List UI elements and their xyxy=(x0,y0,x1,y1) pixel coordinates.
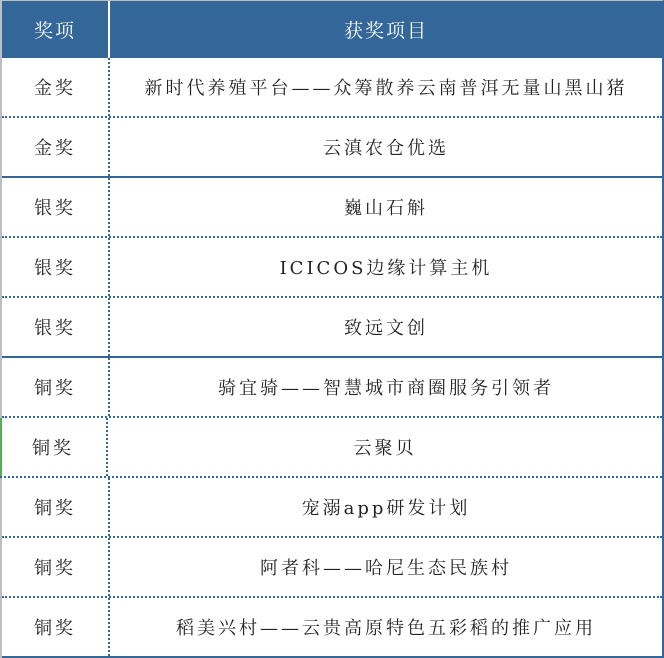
award-cell: 金奖 xyxy=(2,118,110,176)
table-row: 铜奖 宠溺app研发计划 xyxy=(2,478,662,538)
table-row: 金奖 新时代养殖平台——众筹散养云南普洱无量山黑山猪 xyxy=(2,58,662,118)
project-cell: 宠溺app研发计划 xyxy=(110,478,662,536)
table-row: 银奖 ICICOS边缘计算主机 xyxy=(2,238,662,298)
award-cell: 铜奖 xyxy=(2,358,110,416)
table-row: 银奖 致远文创 xyxy=(2,298,662,358)
project-cell: 致远文创 xyxy=(110,298,662,356)
project-cell: 稻美兴村——云贵高原特色五彩稻的推广应用 xyxy=(110,598,662,656)
award-cell: 铜奖 xyxy=(2,478,110,536)
project-cell: 巍山石斛 xyxy=(110,178,662,236)
table-row: 铜奖 稻美兴村——云贵高原特色五彩稻的推广应用 xyxy=(2,598,662,658)
award-cell: 金奖 xyxy=(2,58,110,116)
table-header-row: 奖项 获奖项目 xyxy=(2,1,662,58)
project-cell: 云聚贝 xyxy=(108,418,662,476)
project-cell: 骑宜骑——智慧城市商圈服务引领者 xyxy=(110,358,662,416)
award-cell: 银奖 xyxy=(2,178,110,236)
table-row: 铜奖 骑宜骑——智慧城市商圈服务引领者 xyxy=(2,358,662,418)
table-row: 金奖 云滇农仓优选 xyxy=(2,118,662,178)
project-cell: 新时代养殖平台——众筹散养云南普洱无量山黑山猪 xyxy=(110,58,662,116)
award-cell: 铜奖 xyxy=(2,598,110,656)
table-row-selected[interactable]: 铜奖 云聚贝 xyxy=(0,418,662,478)
award-table: 奖项 获奖项目 金奖 新时代养殖平台——众筹散养云南普洱无量山黑山猪 金奖 云滇… xyxy=(0,0,664,658)
award-cell: 银奖 xyxy=(2,238,110,296)
header-project: 获奖项目 xyxy=(110,1,662,58)
award-cell: 铜奖 xyxy=(2,538,110,596)
project-cell: 阿者科——哈尼生态民族村 xyxy=(110,538,662,596)
project-cell: ICICOS边缘计算主机 xyxy=(110,238,662,296)
table-row: 银奖 巍山石斛 xyxy=(2,178,662,238)
project-cell: 云滇农仓优选 xyxy=(110,118,662,176)
table-row: 铜奖 阿者科——哈尼生态民族村 xyxy=(2,538,662,598)
award-cell: 银奖 xyxy=(2,298,110,356)
award-cell: 铜奖 xyxy=(0,418,108,476)
header-award: 奖项 xyxy=(2,1,110,58)
